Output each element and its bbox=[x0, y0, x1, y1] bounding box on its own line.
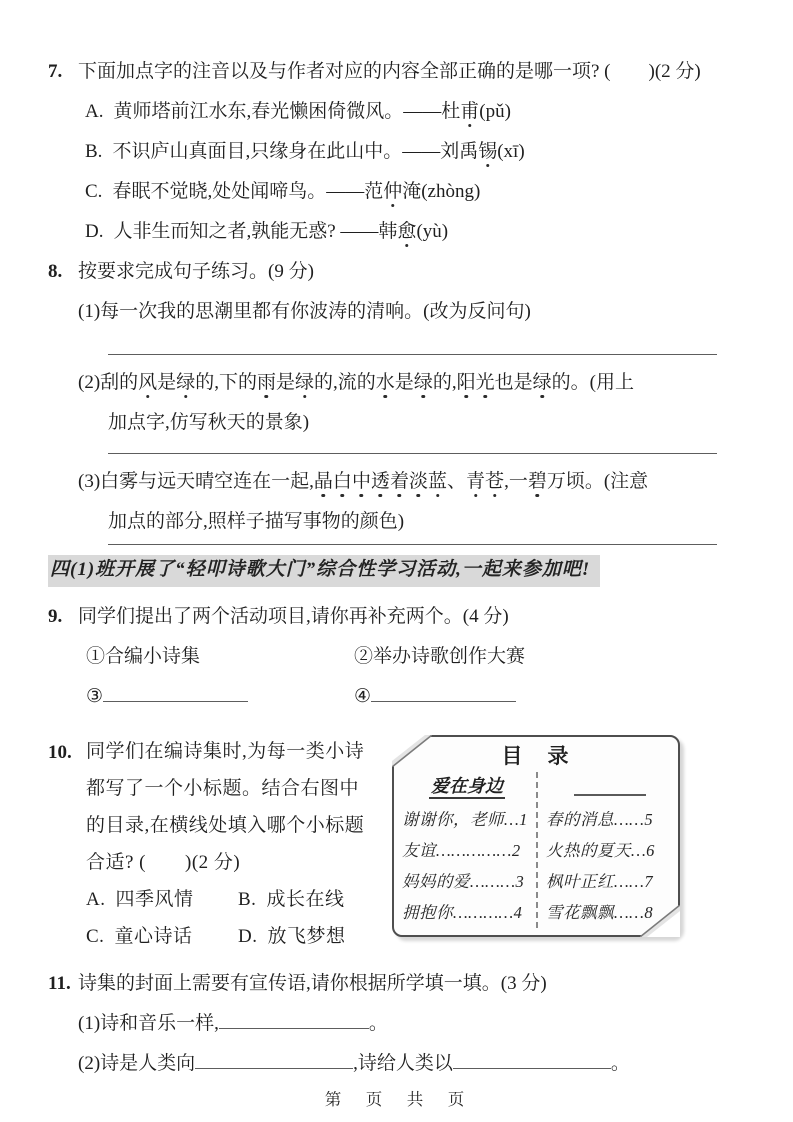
catalog-entry: 春的消息……5 bbox=[546, 804, 674, 835]
option-d: D. 人非生而知之者,孰能无惑? ——韩愈(yù) bbox=[85, 212, 717, 252]
option-b: B.成长在线 bbox=[238, 881, 344, 918]
question-10-options-row1: A.四季风情 B.成长在线 bbox=[86, 881, 384, 918]
catalog-left-header: 爱在身边 bbox=[402, 772, 532, 804]
catalog-entry: 妈妈的爱………3 bbox=[402, 866, 532, 897]
option-b-text: 不识庐山真面目,只缘身在此山中。——刘禹锡(xī) bbox=[112, 132, 524, 172]
question-9-items-row: ①合编小诗集 ②举办诗歌创作大赛 bbox=[78, 637, 717, 677]
option-d-label: D. bbox=[85, 212, 103, 252]
question-7: 7. 下面加点字的注音以及与作者对应的内容全部正确的是哪一项? ( )(2 分)… bbox=[48, 52, 717, 252]
catalog-entry: 拥抱你…………4 bbox=[402, 897, 532, 928]
catalog-left-header-text: 爱在身边 bbox=[429, 776, 505, 799]
question-8-sub2-line1: (2)刮的风是绿的,下的雨是绿的,流的水是绿的,阳光也是绿的。(用上 bbox=[78, 363, 717, 403]
activity-item-1: ①合编小诗集 bbox=[86, 637, 354, 677]
option-a: A. 黄师塔前江水东,春光懒困倚微风。——杜甫(pǔ) bbox=[85, 92, 717, 132]
question-8: 8. 按要求完成句子练习。(9 分) (1)每一次我的思潮里都有你波涛的清响。(… bbox=[48, 252, 717, 555]
option-d-label: D. bbox=[238, 918, 257, 955]
question-8-sub2-line2: 加点字,仿写秋天的景象) bbox=[78, 403, 717, 443]
option-c: C. 春眠不觉晓,处处闻啼鸟。——范仲淹(zhòng) bbox=[85, 172, 717, 212]
question-8-sub3-line1: (3)白雾与远天晴空连在一起,晶白中透着淡蓝、青苍,一碧万顷。(注意 bbox=[78, 462, 717, 502]
catalog-title-blank bbox=[574, 772, 646, 796]
option-a: A.四季风情 bbox=[86, 881, 238, 918]
sub2-post-text: 。 bbox=[611, 1053, 630, 1074]
option-a-label: A. bbox=[85, 92, 103, 132]
answer-line-2 bbox=[108, 453, 717, 454]
question-11-sub2: (2)诗是人类向,诗给人类以。 bbox=[78, 1044, 717, 1084]
activity-item-2: ②举办诗歌创作大赛 bbox=[354, 637, 525, 677]
sub2-mid-text: ,诗给人类以 bbox=[353, 1053, 453, 1074]
question-10-line1: 同学们在编诗集时,为每一类小诗 bbox=[86, 733, 384, 770]
question-10: 10. 同学们在编诗集时,为每一类小诗 都写了一个小标题。结合右图中 的目录,在… bbox=[48, 733, 717, 955]
option-c-text: 童心诗话 bbox=[114, 918, 192, 955]
option-b-text: 成长在线 bbox=[266, 881, 344, 918]
question-9: 9. 同学们提出了两个活动项目,请你再补充两个。(4 分) ①合编小诗集 ②举办… bbox=[48, 597, 717, 717]
question-10-options-row2: C.童心诗话 D.放飞梦想 bbox=[86, 918, 384, 955]
exam-page: { "q7": { "num": "7.", "text": "下面加点字的注音… bbox=[0, 0, 793, 1122]
question-9-number: 9. bbox=[48, 597, 78, 717]
question-11-number: 11. bbox=[48, 964, 78, 1084]
question-11-sub1: (1)诗和音乐一样,。 bbox=[78, 1004, 717, 1044]
option-a-label: A. bbox=[86, 881, 105, 918]
activity-blank-4: ④ bbox=[354, 677, 516, 717]
page-fold-bottom-right bbox=[640, 905, 680, 937]
catalog-left-column: 爱在身边 谢谢你，老师…1 友谊……………2 妈妈的爱………3 拥抱你…………4 bbox=[394, 772, 536, 928]
question-7-text: 下面加点字的注音以及与作者对应的内容全部正确的是哪一项? ( )(2 分) bbox=[78, 52, 717, 92]
circled-3-label: ③ bbox=[86, 677, 103, 717]
fill-blank-sub2b bbox=[453, 1048, 611, 1069]
option-d-text: 人非生而知之者,孰能无惑? ——韩愈(yù) bbox=[113, 212, 448, 252]
sub1-pre-text: (1)诗和音乐一样, bbox=[78, 1013, 219, 1034]
option-c-label: C. bbox=[86, 918, 104, 955]
question-10-line3: 的目录,在横线处填入哪个小标题 bbox=[86, 807, 384, 844]
page-fold-top-left bbox=[392, 735, 432, 767]
option-b-label: B. bbox=[238, 881, 256, 918]
catalog-box: 目 录 爱在身边 谢谢你，老师…1 友谊……………2 妈妈的爱………3 拥抱你…… bbox=[392, 735, 680, 937]
sub2-pre-text: (2)诗是人类向 bbox=[78, 1053, 195, 1074]
question-10-text: 同学们在编诗集时,为每一类小诗 都写了一个小标题。结合右图中 的目录,在横线处填… bbox=[86, 733, 384, 955]
catalog-columns: 爱在身边 谢谢你，老师…1 友谊……………2 妈妈的爱………3 拥抱你…………4… bbox=[394, 772, 678, 928]
option-a-text: 黄师塔前江水东,春光懒困倚微风。——杜甫(pǔ) bbox=[113, 92, 510, 132]
option-a-text: 四季风情 bbox=[115, 881, 193, 918]
fill-blank-3 bbox=[103, 681, 248, 702]
circled-4-label: ④ bbox=[354, 677, 371, 717]
activity-blank-3: ③ bbox=[86, 677, 354, 717]
question-8-text: 按要求完成句子练习。(9 分) bbox=[78, 252, 717, 292]
catalog-entry: 友谊……………2 bbox=[402, 835, 532, 866]
sub1-post-text: 。 bbox=[369, 1013, 388, 1034]
question-9-text: 同学们提出了两个活动项目,请你再补充两个。(4 分) bbox=[78, 597, 717, 637]
option-b-label: B. bbox=[85, 132, 102, 172]
question-8-sub1: (1)每一次我的思潮里都有你波涛的清响。(改为反问句) bbox=[78, 292, 717, 332]
option-c: C.童心诗话 bbox=[86, 918, 238, 955]
question-8-sub3-line2: 加点的部分,照样子描写事物的颜色) bbox=[78, 502, 717, 542]
option-d-text: 放飞梦想 bbox=[267, 918, 345, 955]
question-8-number: 8. bbox=[48, 252, 78, 555]
page-content: 7. 下面加点字的注音以及与作者对应的内容全部正确的是哪一项? ( )(2 分)… bbox=[0, 0, 793, 1084]
section-banner: 四(1)班开展了“轻叩诗歌大门”综合性学习活动,一起来参加吧! bbox=[48, 555, 600, 587]
question-7-number: 7. bbox=[48, 52, 78, 252]
catalog-entry: 火热的夏天…6 bbox=[546, 835, 674, 866]
page-footer: 第 页 共 页 bbox=[0, 1086, 793, 1110]
catalog-entry: 谢谢你，老师…1 bbox=[402, 804, 532, 835]
fill-blank-4 bbox=[371, 681, 516, 702]
question-10-number: 10. bbox=[48, 733, 86, 955]
question-10-line2: 都写了一个小标题。结合右图中 bbox=[86, 770, 384, 807]
option-c-text: 春眠不觉晓,处处闻啼鸟。——范仲淹(zhòng) bbox=[112, 172, 480, 212]
question-10-line4: 合适? ( )(2 分) bbox=[86, 844, 384, 881]
option-c-label: C. bbox=[85, 172, 102, 212]
fill-blank-sub2a bbox=[195, 1048, 353, 1069]
answer-line-1 bbox=[108, 354, 717, 355]
answer-line-3 bbox=[108, 544, 717, 545]
catalog-entry: 枫叶正红……7 bbox=[546, 866, 674, 897]
option-b: B. 不识庐山真面目,只缘身在此山中。——刘禹锡(xī) bbox=[85, 132, 717, 172]
catalog-title: 目 录 bbox=[394, 742, 678, 772]
question-7-options: A. 黄师塔前江水东,春光懒困倚微风。——杜甫(pǔ) B. 不识庐山真面目,只… bbox=[78, 92, 717, 252]
question-9-blanks-row: ③ ④ bbox=[78, 677, 717, 717]
fill-blank-sub1 bbox=[219, 1008, 369, 1029]
catalog-right-header bbox=[546, 772, 674, 804]
section-banner-row: 四(1)班开展了“轻叩诗歌大门”综合性学习活动,一起来参加吧! bbox=[48, 555, 717, 587]
option-d: D.放飞梦想 bbox=[238, 918, 346, 955]
question-11-text: 诗集的封面上需要有宣传语,请你根据所学填一填。(3 分) bbox=[78, 964, 717, 1004]
question-11: 11. 诗集的封面上需要有宣传语,请你根据所学填一填。(3 分) (1)诗和音乐… bbox=[48, 964, 717, 1084]
